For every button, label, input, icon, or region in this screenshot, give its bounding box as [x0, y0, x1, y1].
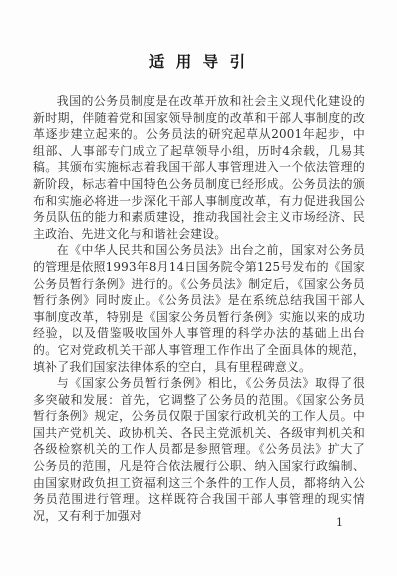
paragraph-comparison: 与《国家公务员暂行条例》相比，《公务员法》取得了很多突破和发展：首先，它调整了公…: [33, 375, 365, 524]
page-title: 适 用 导 引: [0, 0, 397, 72]
paragraph-intro: 我国的公务员制度是在改革开放和社会主义现代化建设的新时期，伴随着党和国家领导制度…: [33, 93, 365, 242]
page-number: 1: [336, 516, 343, 529]
body-text: 我国的公务员制度是在改革开放和社会主义现代化建设的新时期，伴随着党和国家领导制度…: [33, 93, 365, 524]
document-page: 适 用 导 引 我国的公务员制度是在改革开放和社会主义现代化建设的新时期，伴随着…: [0, 0, 397, 576]
paragraph-background: 在《中华人民共和国公务员法》出台之前，国家对公务员的管理是依照1993年8月14…: [33, 242, 365, 375]
